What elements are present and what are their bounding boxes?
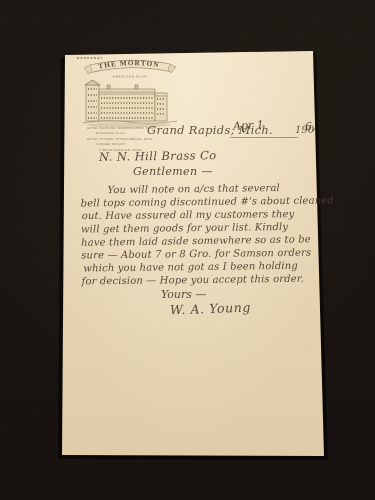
handwritten-year-digit: 6, bbox=[305, 120, 316, 134]
signature: W. A. Young bbox=[170, 300, 251, 318]
body-line: out. Have assured all my customers they bbox=[82, 208, 322, 223]
svg-text:THE MORTON: THE MORTON bbox=[98, 59, 160, 71]
letter-body: You will note on a/cs that several bell … bbox=[80, 182, 321, 289]
plan-label: AMERICAN PLAN bbox=[113, 75, 148, 79]
letter-content: THE MORTON AMERICAN PLAN bbox=[0, 0, 375, 500]
dateline-rule bbox=[230, 137, 298, 138]
hotel-name: THE MORTON bbox=[98, 59, 160, 71]
recipient-line: N. N. Hill Brass Co bbox=[99, 148, 217, 164]
handwritten-date: Apr 1 bbox=[233, 118, 264, 133]
hotel-building-illustration bbox=[83, 80, 177, 128]
salutation-line: Gentlemen — bbox=[133, 165, 213, 178]
closing-line: Yours — bbox=[161, 288, 206, 301]
letterhead-crest: THE MORTON AMERICAN PLAN bbox=[83, 55, 177, 131]
